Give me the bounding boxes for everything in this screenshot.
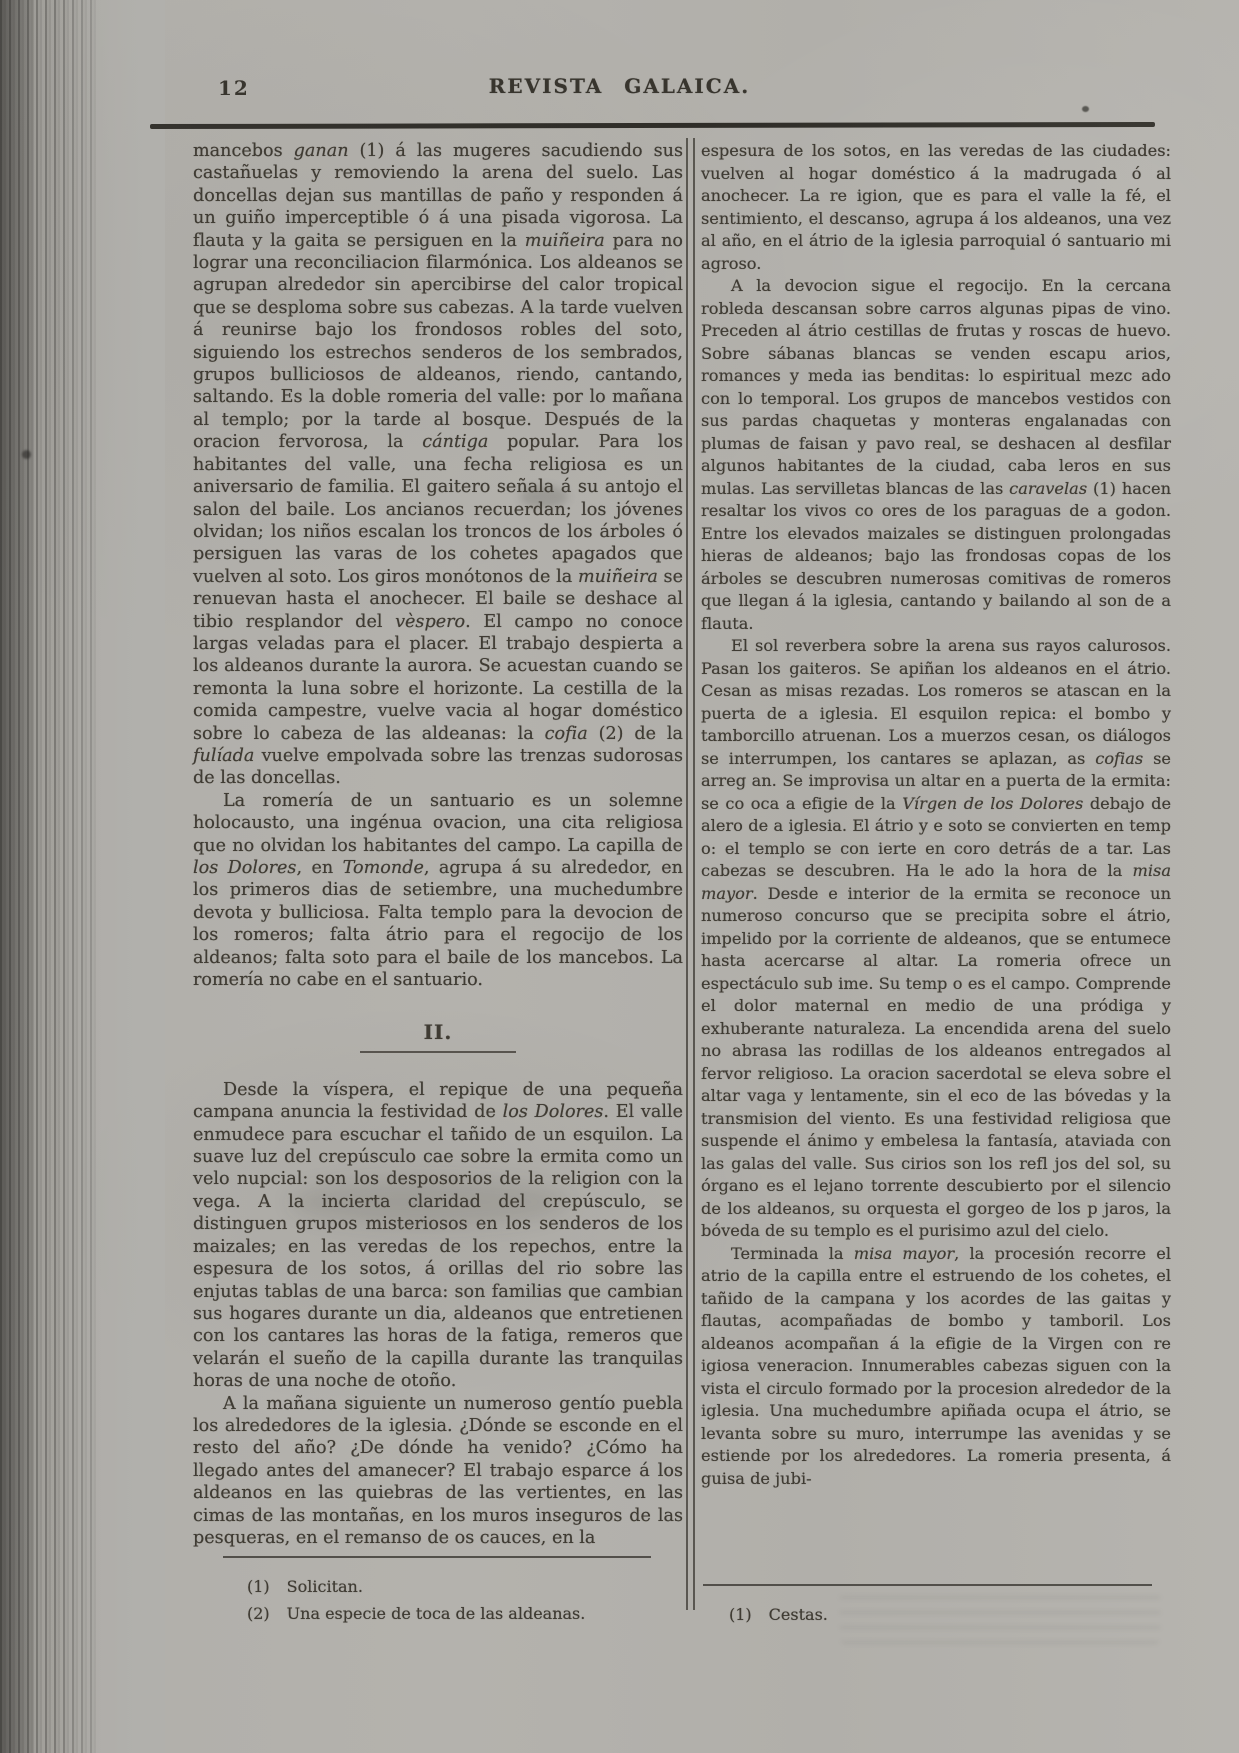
footnote: (1)Solicitan. bbox=[247, 1573, 677, 1600]
binding-fade bbox=[55, 0, 165, 1753]
ink-spot bbox=[1082, 106, 1089, 112]
footnote-list: (1)Solicitan.(2)Una especie de toca de l… bbox=[195, 1573, 677, 1627]
footnote-list: (1)Cestas. bbox=[703, 1601, 1152, 1628]
header-rule bbox=[150, 122, 1155, 129]
section-heading-rule bbox=[360, 1051, 516, 1053]
paragraph: A la mañana siguiente un numeroso gentío… bbox=[193, 1393, 683, 1550]
footnote: (1)Cestas. bbox=[729, 1601, 1152, 1628]
footnote-label: (1) bbox=[729, 1601, 752, 1628]
paragraph: Desde la víspera, el repique de una pequ… bbox=[193, 1079, 683, 1393]
paragraph: espesura de los sotos, en las veredas de… bbox=[701, 140, 1171, 275]
paragraph: Terminada la misa mayor, la procesión re… bbox=[701, 1243, 1171, 1491]
footnote-separator bbox=[223, 1556, 651, 1558]
ink-spot bbox=[22, 450, 31, 459]
right-footnote-area: (1)Cestas. bbox=[703, 1584, 1152, 1628]
right-column: espesura de los sotos, en las veredas de… bbox=[701, 140, 1171, 1490]
column-divider bbox=[686, 138, 695, 1610]
left-column: mancebos ganan (1) á las mugeres sacudie… bbox=[193, 140, 683, 1549]
paragraph: La romería de un santuario es un solemne… bbox=[193, 790, 683, 992]
paragraph: A la devocion sigue el regocijo. En la c… bbox=[701, 275, 1171, 635]
footnote: (2)Una especie de toca de las aldeanas. bbox=[247, 1600, 677, 1627]
scanned-magazine-page: 12 REVISTA GALAICA. mancebos ganan (1) á… bbox=[0, 0, 1239, 1753]
footnote-text: Solicitan. bbox=[287, 1577, 363, 1596]
footnote-separator bbox=[703, 1584, 1152, 1586]
left-footnote-area: (1)Solicitan.(2)Una especie de toca de l… bbox=[195, 1556, 677, 1627]
section-heading: II. bbox=[193, 1021, 683, 1043]
footnote-label: (2) bbox=[247, 1600, 270, 1627]
journal-title: REVISTA GALAICA. bbox=[0, 74, 1239, 98]
footnote-text: Cestas. bbox=[769, 1605, 828, 1624]
paragraph: El sol reverbera sobre la arena sus rayo… bbox=[701, 635, 1171, 1243]
paragraph: mancebos ganan (1) á las mugeres sacudie… bbox=[193, 140, 683, 790]
binding-shadow bbox=[0, 0, 34, 1753]
footnote-label: (1) bbox=[247, 1573, 270, 1600]
footnote-text: Una especie de toca de las aldeanas. bbox=[287, 1604, 586, 1623]
